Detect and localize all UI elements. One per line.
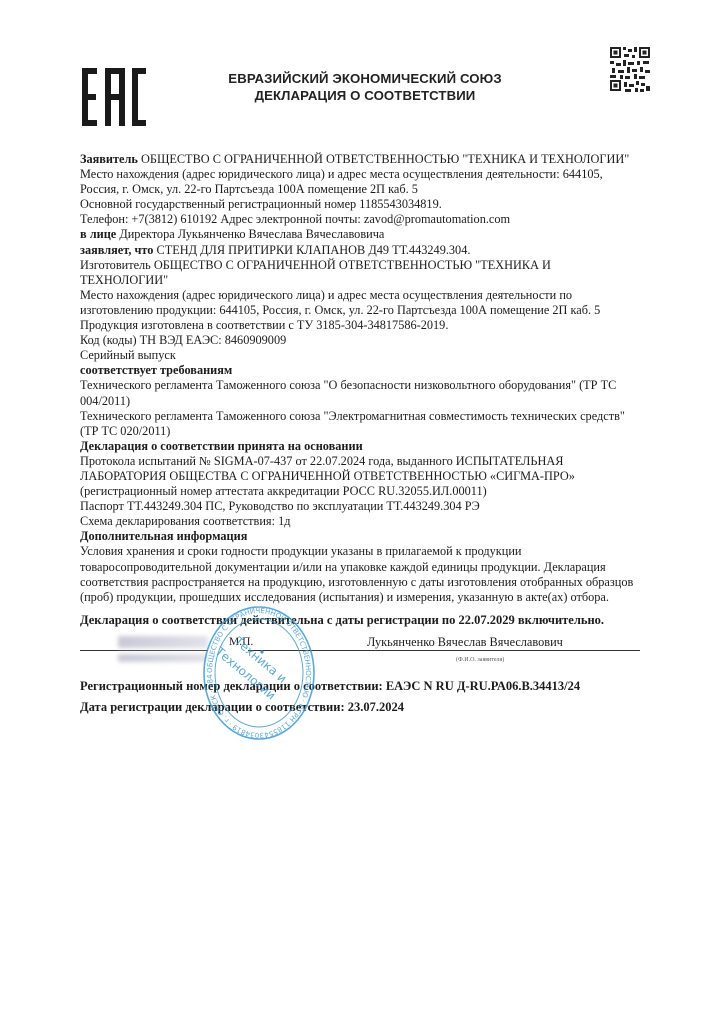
union-title: ЕВРАЗИЙСКИЙ ЭКОНОМИЧЕСКИЙ СОЮЗ (200, 70, 530, 87)
signature-line (80, 650, 208, 651)
document-header: ЕВРАЗИЙСКИЙ ЭКОНОМИЧЕСКИЙ СОЮЗ ДЕКЛАРАЦИ… (200, 70, 530, 104)
requirement-item: Технического регламента Таможенного союз… (80, 409, 640, 439)
validity-statement: Декларация о соответствии действительна … (80, 613, 640, 628)
release-type: Серийный выпуск (80, 348, 640, 363)
qr-code-icon (608, 43, 652, 95)
additional-title: Дополнительная информация (80, 529, 640, 544)
registration-number: Регистрационный номер декларации о соотв… (80, 679, 640, 694)
represented-name: Директора Лукьянченко Вячеслава Вячеслав… (116, 227, 384, 241)
applicant-contacts: Телефон: +7(3812) 610192 Адрес электронн… (80, 212, 640, 227)
declaration-body: Заявитель ОБЩЕСТВО С ОГРАНИЧЕННОЙ ОТВЕТС… (80, 152, 640, 715)
redacted-signature (118, 636, 208, 648)
represented-label: в лице (80, 227, 116, 241)
name-line (248, 650, 640, 651)
manufacturer-name: Изготовитель ОБЩЕСТВО С ОГРАНИЧЕННОЙ ОТВ… (80, 258, 640, 288)
eac-logo (82, 68, 146, 126)
applicant-ogrn: Основной государственный регистрационный… (80, 197, 640, 212)
declared-product: заявляет, что СТЕНД ДЛЯ ПРИТИРКИ КЛАПАНО… (80, 243, 640, 258)
additional-text: Условия хранения и сроки годности продук… (80, 544, 640, 604)
redacted-signature (118, 654, 208, 662)
hs-code: Код (коды) ТН ВЭД ЕАЭС: 8460909009 (80, 333, 640, 348)
applicant-section: Заявитель ОБЩЕСТВО С ОГРАНИЧЕННОЙ ОТВЕТС… (80, 152, 640, 167)
applicant-label: Заявитель (80, 152, 138, 166)
declares-label: заявляет, что (80, 243, 153, 257)
product-name: СТЕНД ДЛЯ ПРИТИРКИ КЛАПАНОВ Д49 ТТ.44324… (153, 243, 470, 257)
basis-passport: Паспорт ТТ.443249.304 ПС, Руководство по… (80, 499, 640, 514)
signer-name: Лукьянченко Вячеслав Вячеславович (367, 635, 563, 650)
applicant-name: ОБЩЕСТВО С ОГРАНИЧЕННОЙ ОТВЕТСТВЕННОСТЬЮ… (138, 152, 629, 166)
signer-caption: (Ф.И.О. заявителя) (456, 653, 504, 668)
declaration-title: ДЕКЛАРАЦИЯ О СООТВЕТСТВИИ (200, 87, 530, 104)
basis-scheme: Схема декларирования соответствия: 1д (80, 514, 640, 529)
basis-title: Декларация о соответствии принята на осн… (80, 439, 640, 454)
signature-row: М.П. Лукьянченко Вячеслав Вячеславович (… (80, 632, 640, 668)
requirements-title: соответствует требованиям (80, 363, 640, 378)
represented-by: в лице Директора Лукьянченко Вячеслава В… (80, 227, 640, 242)
manufacturer-address: Место нахождения (адрес юридического лиц… (80, 288, 640, 318)
requirement-item: Технического регламента Таможенного союз… (80, 378, 640, 408)
basis-protocol: Протокола испытаний № SIGMA-07-437 от 22… (80, 454, 640, 499)
registration-date: Дата регистрации декларации о соответств… (80, 700, 640, 715)
manufacturer-standard: Продукция изготовлена в соответствии с Т… (80, 318, 640, 333)
applicant-address: Место нахождения (адрес юридического лиц… (80, 167, 640, 197)
stamp-place-label: М.П. (229, 635, 253, 650)
